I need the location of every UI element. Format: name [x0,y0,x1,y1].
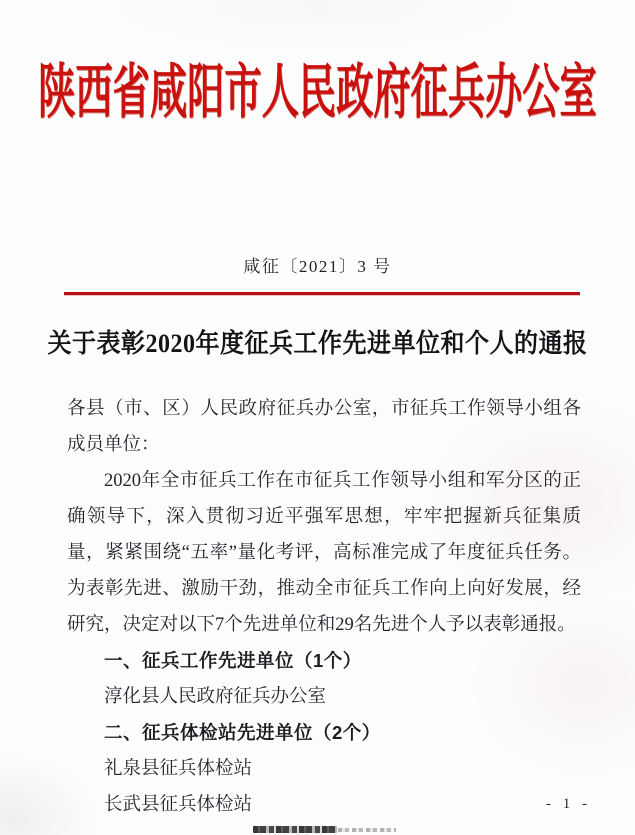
scanned-document-page: 陕西省咸阳市人民政府征兵办公室 咸征〔2021〕3 号 关于表彰2020年度征兵… [0,0,635,835]
document-body: 各县（市、区）人民政府征兵办公室，市征兵工作领导小组各成员单位： 2020年全市… [67,391,581,823]
body-paragraph: 2020年全市征兵工作在市征兵工作领导小组和军分区的正确领导下，深入贯彻习近平强… [67,463,581,643]
awardee-item: 淳化县人民政府征兵办公室 [67,679,581,715]
salutation-line: 各县（市、区）人民政府征兵办公室，市征兵工作领导小组各成员单位： [67,391,581,463]
awardee-item: 长武县征兵体检站 [67,787,581,823]
section-heading-1: 一、征兵工作先进单位（1个） [67,643,581,679]
awardee-item: 礼泉县征兵体检站 [67,751,581,787]
document-title: 关于表彰2020年度征兵工作先进单位和个人的通报 [0,322,635,360]
document-number: 咸征〔2021〕3 号 [0,252,635,277]
section-heading-2: 二、征兵体检站先进单位（2个） [67,715,581,751]
scan-artifact-smudge-tail [338,828,396,832]
page-number: - 1 - [546,796,591,813]
letterhead-issuer: 陕西省咸阳市人民政府征兵办公室 [6,44,628,129]
scan-artifact-smudge [253,826,337,833]
red-divider-line [64,292,580,295]
